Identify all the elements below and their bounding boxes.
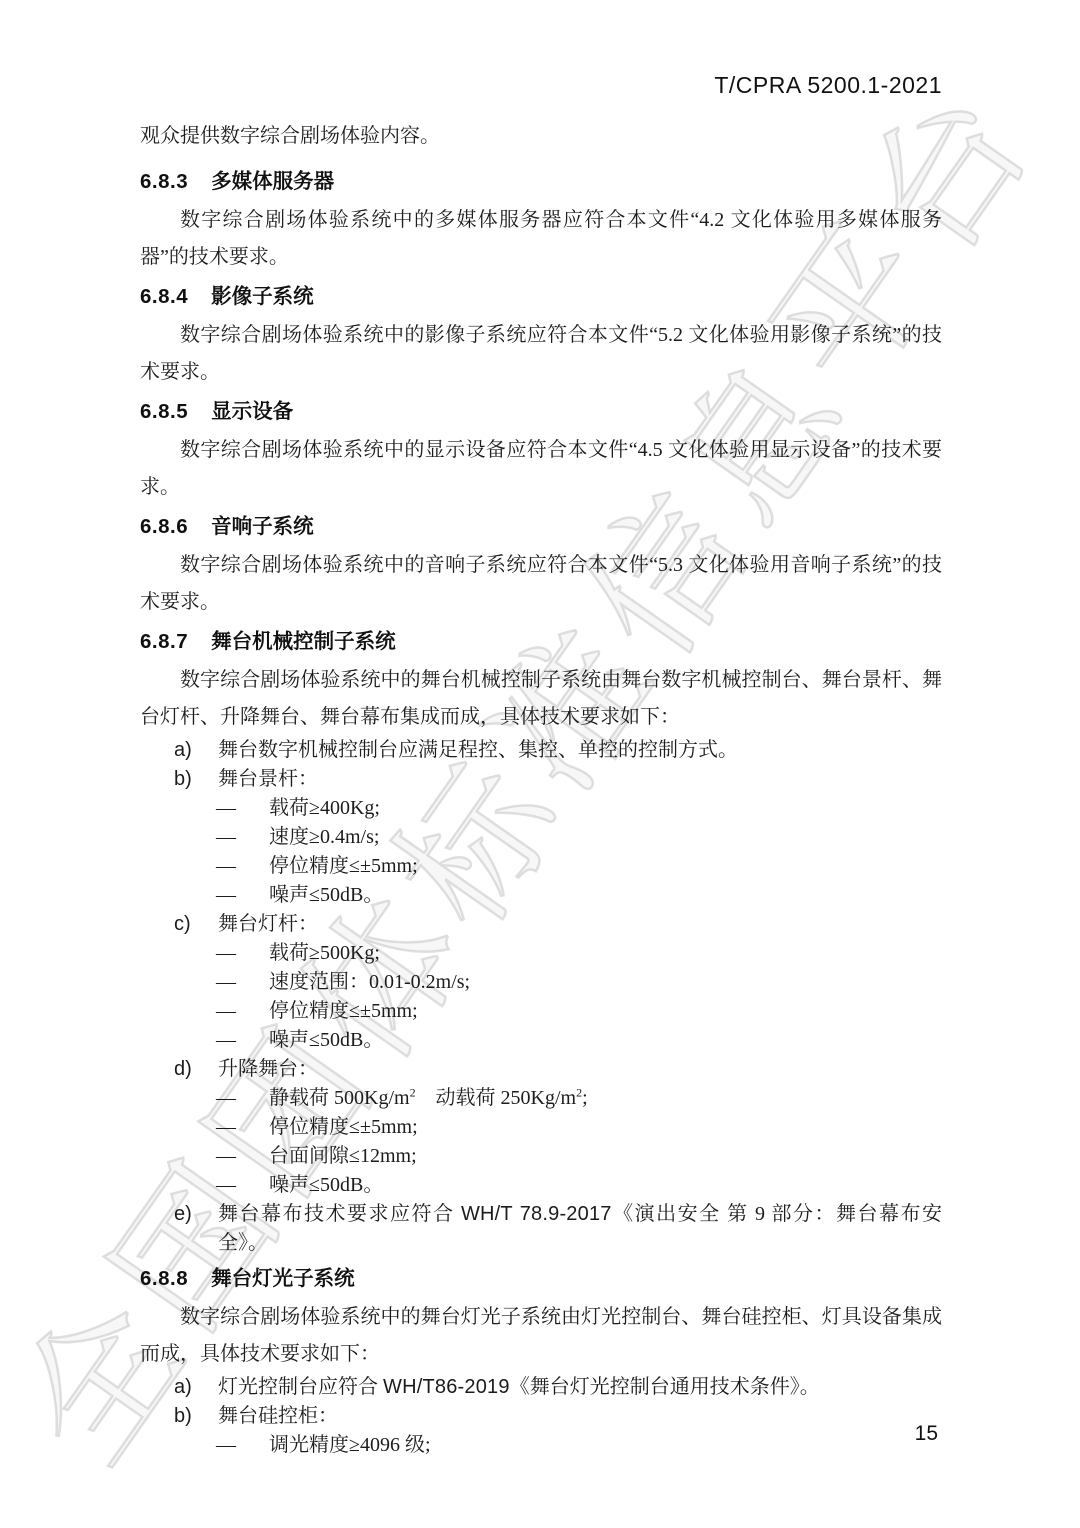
- list-item-text: 舞台数字机械控制台应满足程控、集控、单控的控制方式。: [218, 736, 942, 765]
- list-item-text: 升降舞台：: [218, 1055, 942, 1084]
- dash-bullet: —: [216, 1084, 269, 1113]
- section-title: 多媒体服务器: [211, 163, 334, 200]
- load-value: 静载荷 500Kg/m: [269, 1087, 410, 1109]
- dash-bullet: —: [216, 794, 269, 823]
- list-item-c: c) 舞台灯杆：: [140, 910, 942, 939]
- dash-bullet: —: [216, 852, 269, 881]
- sub-item: — 调光精度≥4096 级;: [140, 1431, 942, 1460]
- section-heading-6-8-6: 6.8.6 音响子系统: [140, 508, 942, 545]
- section-title: 显示设备: [211, 393, 293, 430]
- sub-item: — 速度范围：0.01-0.2m/s;: [140, 968, 942, 997]
- sub-item: — 停位精度≤±5mm;: [140, 852, 942, 881]
- text-run: 灯光控制台应符合: [218, 1376, 383, 1398]
- list-item-label: a): [174, 1373, 218, 1402]
- section-paragraph: 数字综合剧场体验系统中的舞台机械控制子系统由舞台数字机械控制台、舞台景杆、舞台灯…: [140, 662, 942, 736]
- dash-bullet: —: [216, 997, 269, 1026]
- section-number: 6.8.6: [140, 508, 188, 545]
- sub-item: — 噪声≤50dB。: [140, 1026, 942, 1055]
- sub-item: — 停位精度≤±5mm;: [140, 997, 942, 1026]
- dash-bullet: —: [216, 1171, 269, 1200]
- list-item-label: c): [174, 910, 218, 939]
- dash-bullet: —: [216, 968, 269, 997]
- section-paragraph: 数字综合剧场体验系统中的舞台灯光子系统由灯光控制台、舞台硅控柜、灯具设备集成而成…: [140, 1299, 942, 1373]
- dash-bullet: —: [216, 1142, 269, 1171]
- section-title: 影像子系统: [211, 278, 314, 315]
- list-item-b: b) 舞台景杆：: [140, 765, 942, 794]
- punctuation: ;: [582, 1087, 588, 1109]
- section-title: 舞台机械控制子系统: [211, 623, 396, 660]
- sub-item-text: 调光精度≥4096 级;: [269, 1431, 942, 1460]
- list-item-text: 灯光控制台应符合 WH/T86-2019《舞台灯光控制台通用技术条件》。: [218, 1373, 942, 1402]
- list-item-a: a) 灯光控制台应符合 WH/T86-2019《舞台灯光控制台通用技术条件》。: [140, 1373, 942, 1402]
- section-number: 6.8.4: [140, 278, 188, 315]
- sub-item-text: 停位精度≤±5mm;: [269, 852, 942, 881]
- list-item-text: 舞台灯杆：: [218, 910, 942, 939]
- sub-item: — 载荷≥400Kg;: [140, 794, 942, 823]
- sub-item-text: 台面间隙≤12mm;: [269, 1142, 942, 1171]
- sub-item-text: 噪声≤50dB。: [269, 1171, 942, 1200]
- section-heading-6-8-8: 6.8.8 舞台灯光子系统: [140, 1260, 942, 1297]
- list-item-label: e): [174, 1200, 218, 1258]
- dash-bullet: —: [216, 1431, 269, 1460]
- sub-item-text: 载荷≥500Kg;: [269, 939, 942, 968]
- section-heading-6-8-5: 6.8.5 显示设备: [140, 393, 942, 430]
- standard-reference: WH/T 78.9-2017: [461, 1203, 612, 1225]
- sub-item-text: 静载荷 500Kg/m2 动载荷 250Kg/m2;: [269, 1084, 942, 1113]
- list-item-text: 舞台景杆：: [218, 765, 942, 794]
- sub-item: — 速度≥0.4m/s;: [140, 823, 942, 852]
- section-paragraph: 数字综合剧场体验系统中的显示设备应符合本文件“4.5 文化体验用显示设备”的技术…: [140, 432, 942, 506]
- doc-code-header: T/CPRA 5200.1-2021: [714, 72, 942, 99]
- dash-bullet: —: [216, 881, 269, 910]
- list-item-label: b): [174, 765, 218, 794]
- sub-item-text: 速度范围：0.01-0.2m/s;: [269, 968, 942, 997]
- section-heading-6-8-4: 6.8.4 影像子系统: [140, 278, 942, 315]
- section-paragraph: 数字综合剧场体验系统中的音响子系统应符合本文件“5.3 文化体验用音响子系统”的…: [140, 547, 942, 621]
- list-item-label: a): [174, 736, 218, 765]
- standard-reference: WH/T86-2019: [383, 1376, 510, 1398]
- sub-item-text: 停位精度≤±5mm;: [269, 997, 942, 1026]
- section-title: 舞台灯光子系统: [211, 1260, 355, 1297]
- text-run: 舞台幕布技术要求应符合: [218, 1203, 461, 1225]
- sub-item-text: 速度≥0.4m/s;: [269, 823, 942, 852]
- load-value: 动载荷 250Kg/m: [416, 1087, 577, 1109]
- document-page: 全国团体标准信息平台 T/CPRA 5200.1-2021 观众提供数字综合剧场…: [0, 0, 1080, 1528]
- list-item-text: 舞台硅控柜：: [218, 1402, 942, 1431]
- sub-item: — 静载荷 500Kg/m2 动载荷 250Kg/m2;: [140, 1084, 942, 1113]
- dash-bullet: —: [216, 939, 269, 968]
- list-item-d: d) 升降舞台：: [140, 1055, 942, 1084]
- dash-bullet: —: [216, 823, 269, 852]
- list-item-text: 舞台幕布技术要求应符合 WH/T 78.9-2017《演出安全 第 9 部分：舞…: [218, 1200, 942, 1258]
- section-heading-6-8-7: 6.8.7 舞台机械控制子系统: [140, 623, 942, 660]
- list-item-b: b) 舞台硅控柜：: [140, 1402, 942, 1431]
- section-title: 音响子系统: [211, 508, 314, 545]
- page-content: 观众提供数字综合剧场体验内容。 6.8.3 多媒体服务器 数字综合剧场体验系统中…: [140, 118, 942, 1460]
- section-paragraph: 数字综合剧场体验系统中的影像子系统应符合本文件“5.2 文化体验用影像子系统”的…: [140, 317, 942, 391]
- section-number: 6.8.8: [140, 1260, 188, 1297]
- list-item-a: a) 舞台数字机械控制台应满足程控、集控、单控的控制方式。: [140, 736, 942, 765]
- sub-item: — 载荷≥500Kg;: [140, 939, 942, 968]
- sub-item: — 停位精度≤±5mm;: [140, 1113, 942, 1142]
- sub-item: — 噪声≤50dB。: [140, 1171, 942, 1200]
- list-item-label: b): [174, 1402, 218, 1431]
- sub-item-text: 噪声≤50dB。: [269, 1026, 942, 1055]
- dash-bullet: —: [216, 1113, 269, 1142]
- sub-item: — 台面间隙≤12mm;: [140, 1142, 942, 1171]
- sub-item-text: 噪声≤50dB。: [269, 881, 942, 910]
- intro-paragraph: 观众提供数字综合剧场体验内容。: [140, 118, 942, 155]
- page-number: 15: [915, 1422, 938, 1446]
- dash-bullet: —: [216, 1026, 269, 1055]
- sub-item-text: 载荷≥400Kg;: [269, 794, 942, 823]
- list-item-e: e) 舞台幕布技术要求应符合 WH/T 78.9-2017《演出安全 第 9 部…: [140, 1200, 942, 1258]
- sub-item-text: 停位精度≤±5mm;: [269, 1113, 942, 1142]
- list-item-label: d): [174, 1055, 218, 1084]
- text-run: 《舞台灯光控制台通用技术条件》。: [510, 1376, 820, 1398]
- section-paragraph: 数字综合剧场体验系统中的多媒体服务器应符合本文件“4.2 文化体验用多媒体服务器…: [140, 202, 942, 276]
- section-heading-6-8-3: 6.8.3 多媒体服务器: [140, 163, 942, 200]
- section-number: 6.8.5: [140, 393, 188, 430]
- section-number: 6.8.7: [140, 623, 188, 660]
- section-number: 6.8.3: [140, 163, 188, 200]
- sub-item: — 噪声≤50dB。: [140, 881, 942, 910]
